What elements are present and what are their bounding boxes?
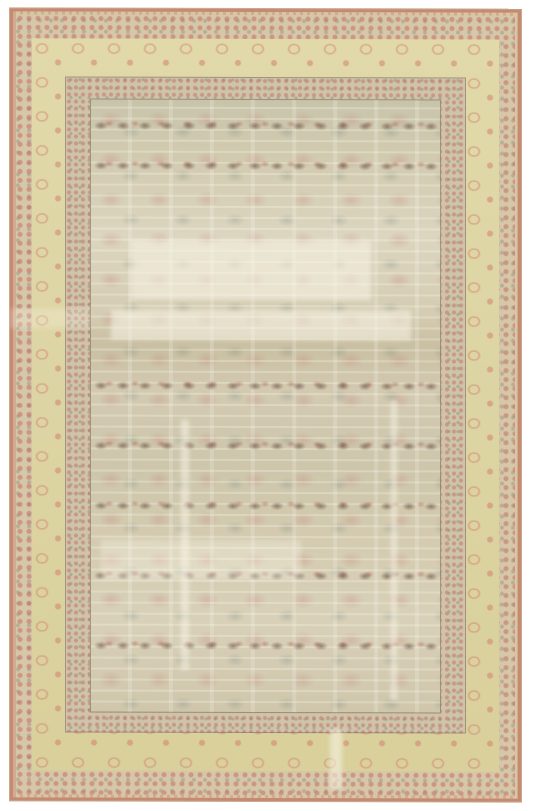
rug-field-motif-band xyxy=(91,380,440,393)
rug-field-motif-band xyxy=(91,120,440,133)
rug-field-motif-band xyxy=(91,160,440,173)
rug-wear-patch xyxy=(10,308,90,328)
rug-wear-streak xyxy=(391,400,397,700)
rug-field-motif-band xyxy=(91,640,440,653)
rug-field-motif-band xyxy=(91,440,440,453)
rug-field xyxy=(90,99,441,714)
rug-wear-streak xyxy=(330,729,342,789)
rug-wear-patch xyxy=(131,240,371,301)
rug xyxy=(10,8,521,801)
rug-wear-patch xyxy=(101,540,301,581)
rug-field-motif-band xyxy=(91,500,440,513)
rug-wear-patch xyxy=(111,310,411,341)
